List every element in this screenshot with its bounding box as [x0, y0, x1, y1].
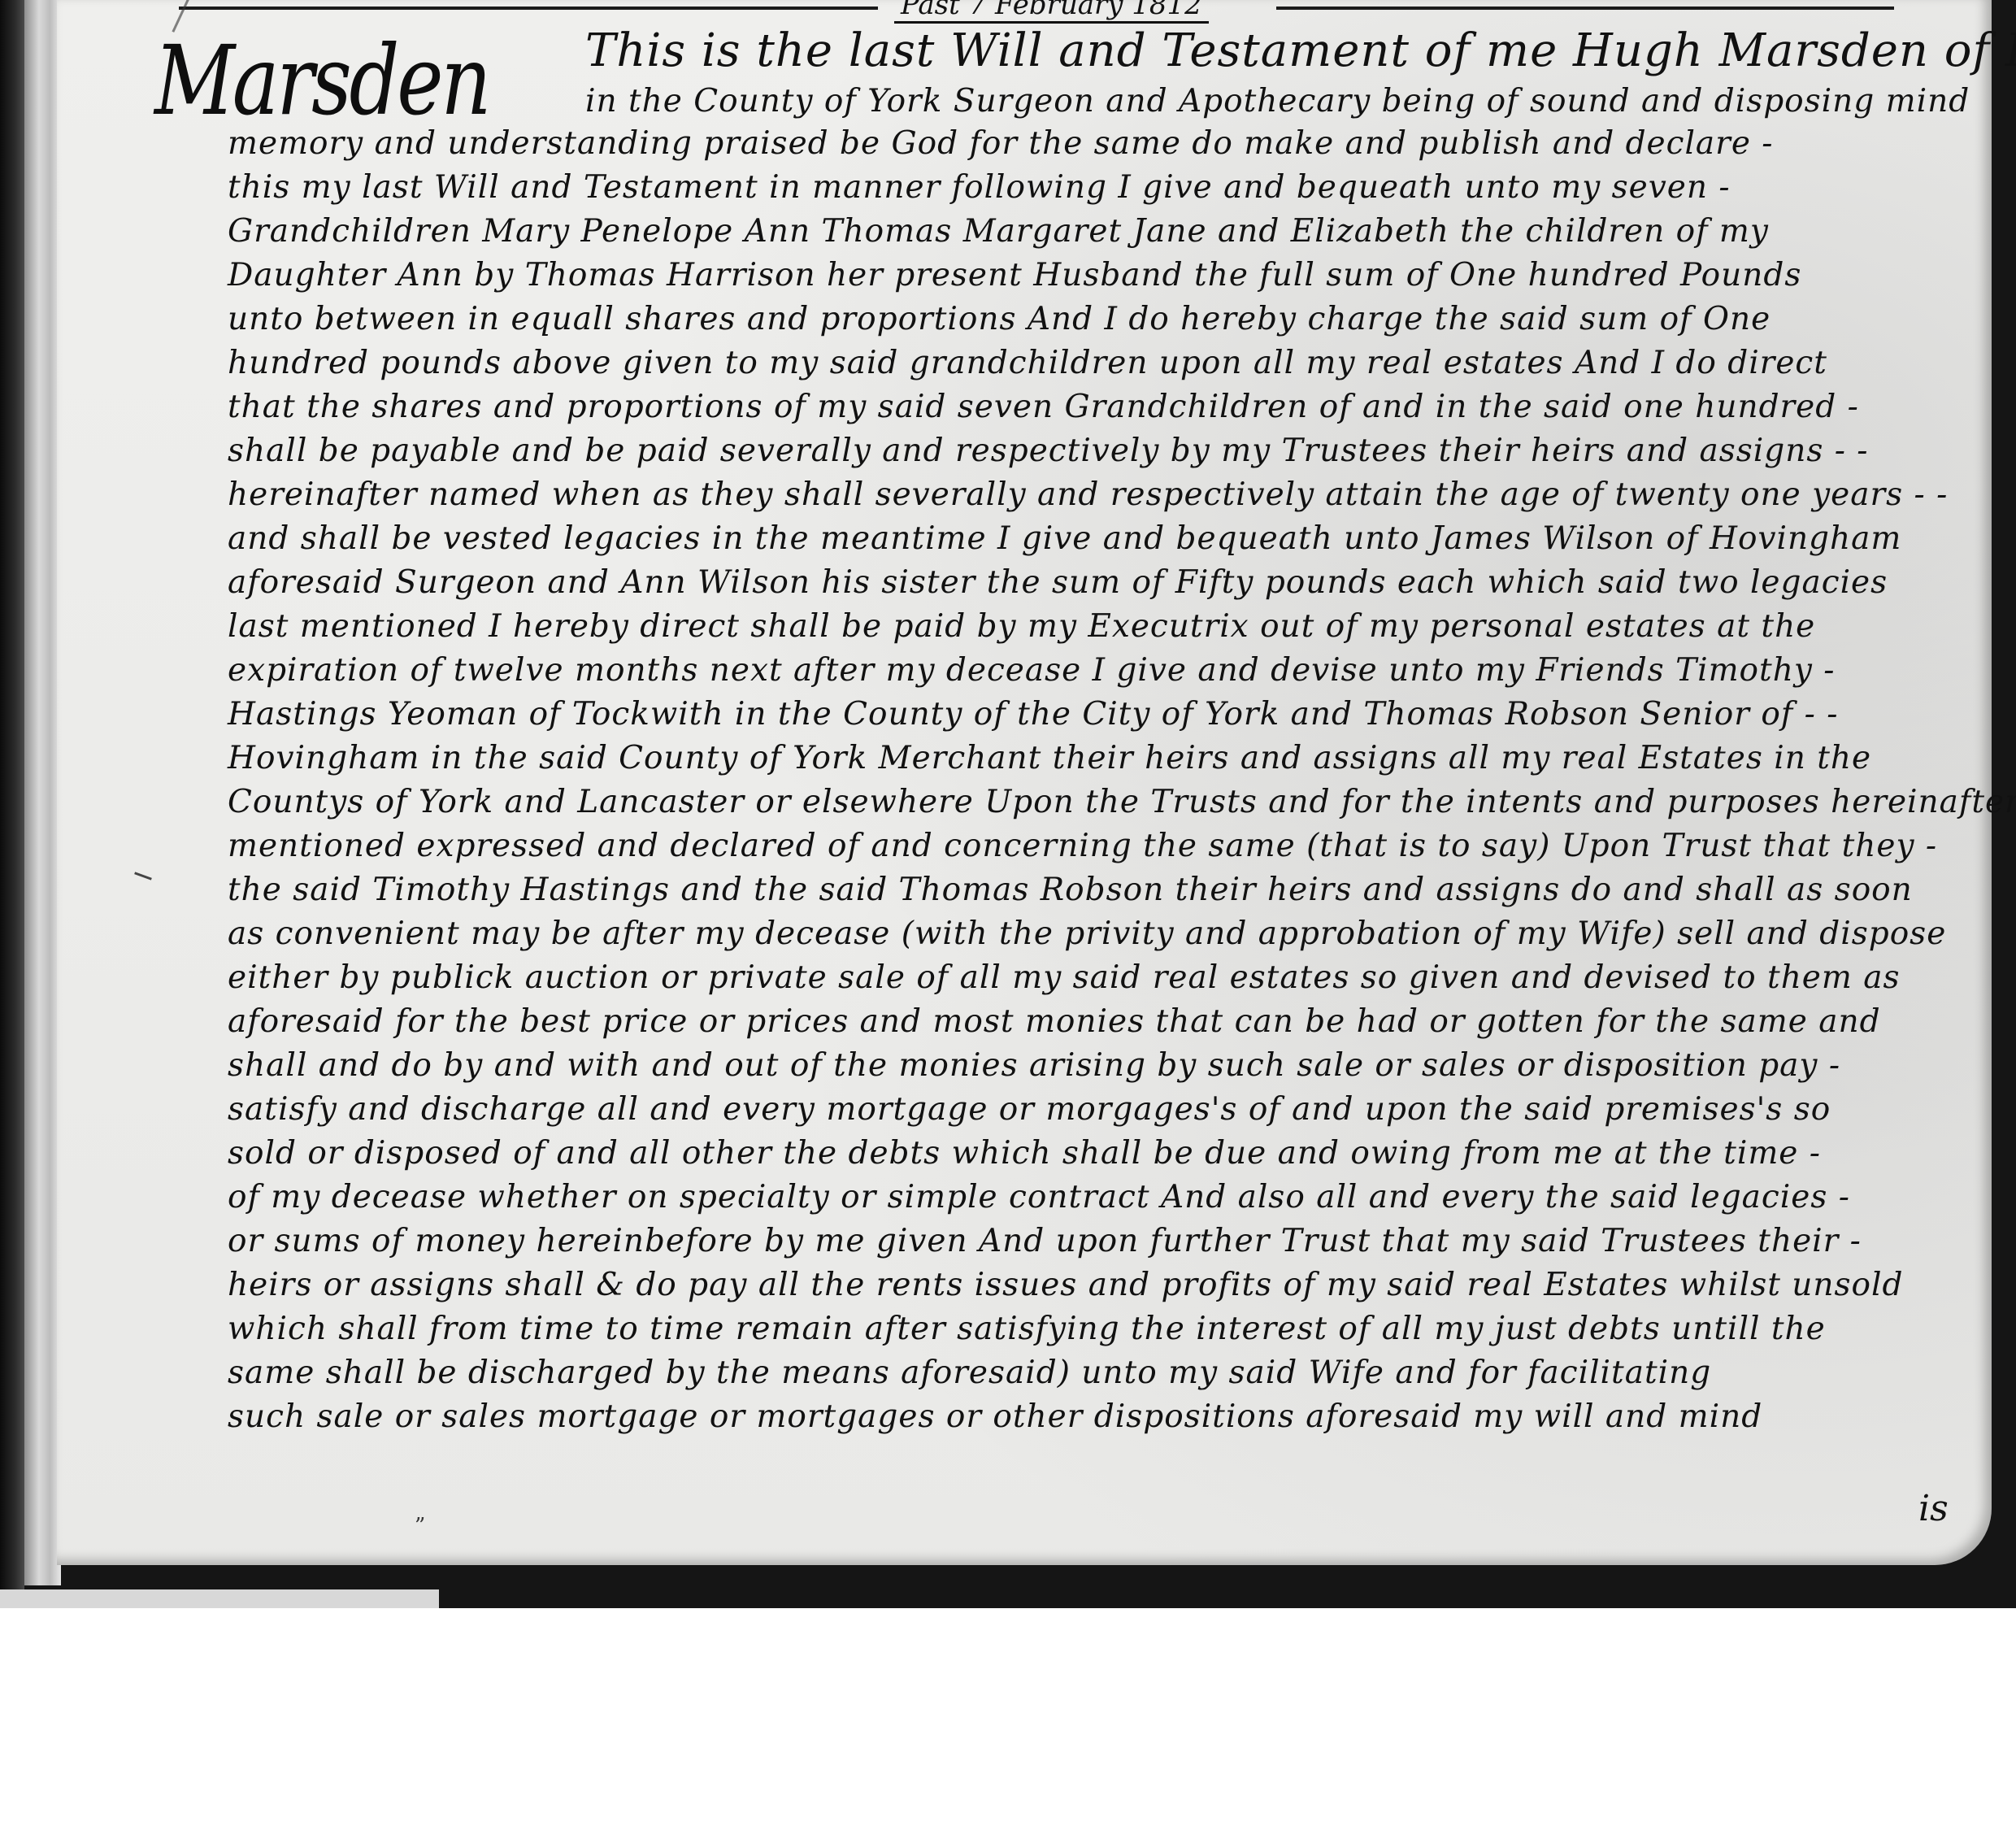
text-line: This is the last Will and Testament of m… — [585, 24, 2016, 77]
header-rule-left — [179, 7, 878, 10]
text-line: Grandchildren Mary Penelope Ann Thomas M… — [228, 213, 1769, 250]
text-line: memory and understanding praised be God … — [228, 125, 1773, 162]
text-line: unto between in equall shares and propor… — [228, 301, 1771, 337]
text-line: or sums of money hereinbefore by me give… — [228, 1223, 1862, 1259]
text-line: of my decease whether on specialty or si… — [228, 1179, 1850, 1215]
stray-ink-mark: ” — [415, 1514, 425, 1538]
text-line: mentioned expressed and declared of and … — [228, 828, 1937, 864]
text-line: in the County of York Surgeon and Apothe… — [585, 83, 1970, 120]
text-line: last mentioned I hereby direct shall be … — [228, 608, 1815, 645]
page-tab-strip — [0, 1589, 439, 1608]
manuscript-page: Past 7 February 1812 Marsden This is the… — [57, 0, 1992, 1565]
text-line: aforesaid for the best price or prices a… — [228, 1003, 1881, 1040]
text-line: that the shares and proportions of my sa… — [228, 389, 1859, 425]
text-line: which shall from time to time remain aft… — [228, 1311, 1826, 1347]
text-line: such sale or sales mortgage or mortgages… — [228, 1398, 1762, 1435]
catchword: is — [1918, 1488, 1949, 1529]
margin-name-heading: Marsden — [154, 24, 489, 137]
text-line: satisfy and discharge all and every mort… — [228, 1091, 1831, 1128]
text-line: hereinafter named when as they shall sev… — [228, 476, 1948, 513]
text-line: the said Timothy Hastings and the said T… — [228, 872, 1913, 908]
text-line: Hastings Yeoman of Tockwith in the Count… — [228, 696, 1838, 733]
text-line: as convenient may be after my decease (w… — [228, 915, 1946, 952]
text-line: shall and do by and with and out of the … — [228, 1047, 1840, 1084]
text-line: shall be payable and be paid severally a… — [228, 433, 1868, 469]
margin-dash-mark — [134, 872, 152, 880]
book-binding-edge — [0, 0, 24, 1608]
text-line: heirs or assigns shall & do pay all the … — [228, 1267, 1903, 1303]
text-line: Countys of York and Lancaster or elsewhe… — [228, 784, 2016, 820]
text-line: and shall be vested legacies in the mean… — [228, 520, 1901, 557]
text-line: Hovingham in the said County of York Mer… — [228, 740, 1871, 776]
page-gutter — [24, 0, 61, 1585]
text-line: expiration of twelve months next after m… — [228, 652, 1835, 689]
header-date: Past 7 February 1812 — [894, 0, 1209, 24]
text-line: hundred pounds above given to my said gr… — [228, 345, 1827, 381]
text-line: same shall be discharged by the means af… — [228, 1355, 1711, 1391]
header-rule-right — [1276, 7, 1894, 10]
text-line: either by publick auction or private sal… — [228, 959, 1901, 996]
text-line: this my last Will and Testament in manne… — [228, 169, 1731, 206]
text-line: sold or disposed of and all other the de… — [228, 1135, 1821, 1172]
text-line: Daughter Ann by Thomas Harrison her pres… — [228, 257, 1801, 294]
text-line: aforesaid Surgeon and Ann Wilson his sis… — [228, 564, 1888, 601]
